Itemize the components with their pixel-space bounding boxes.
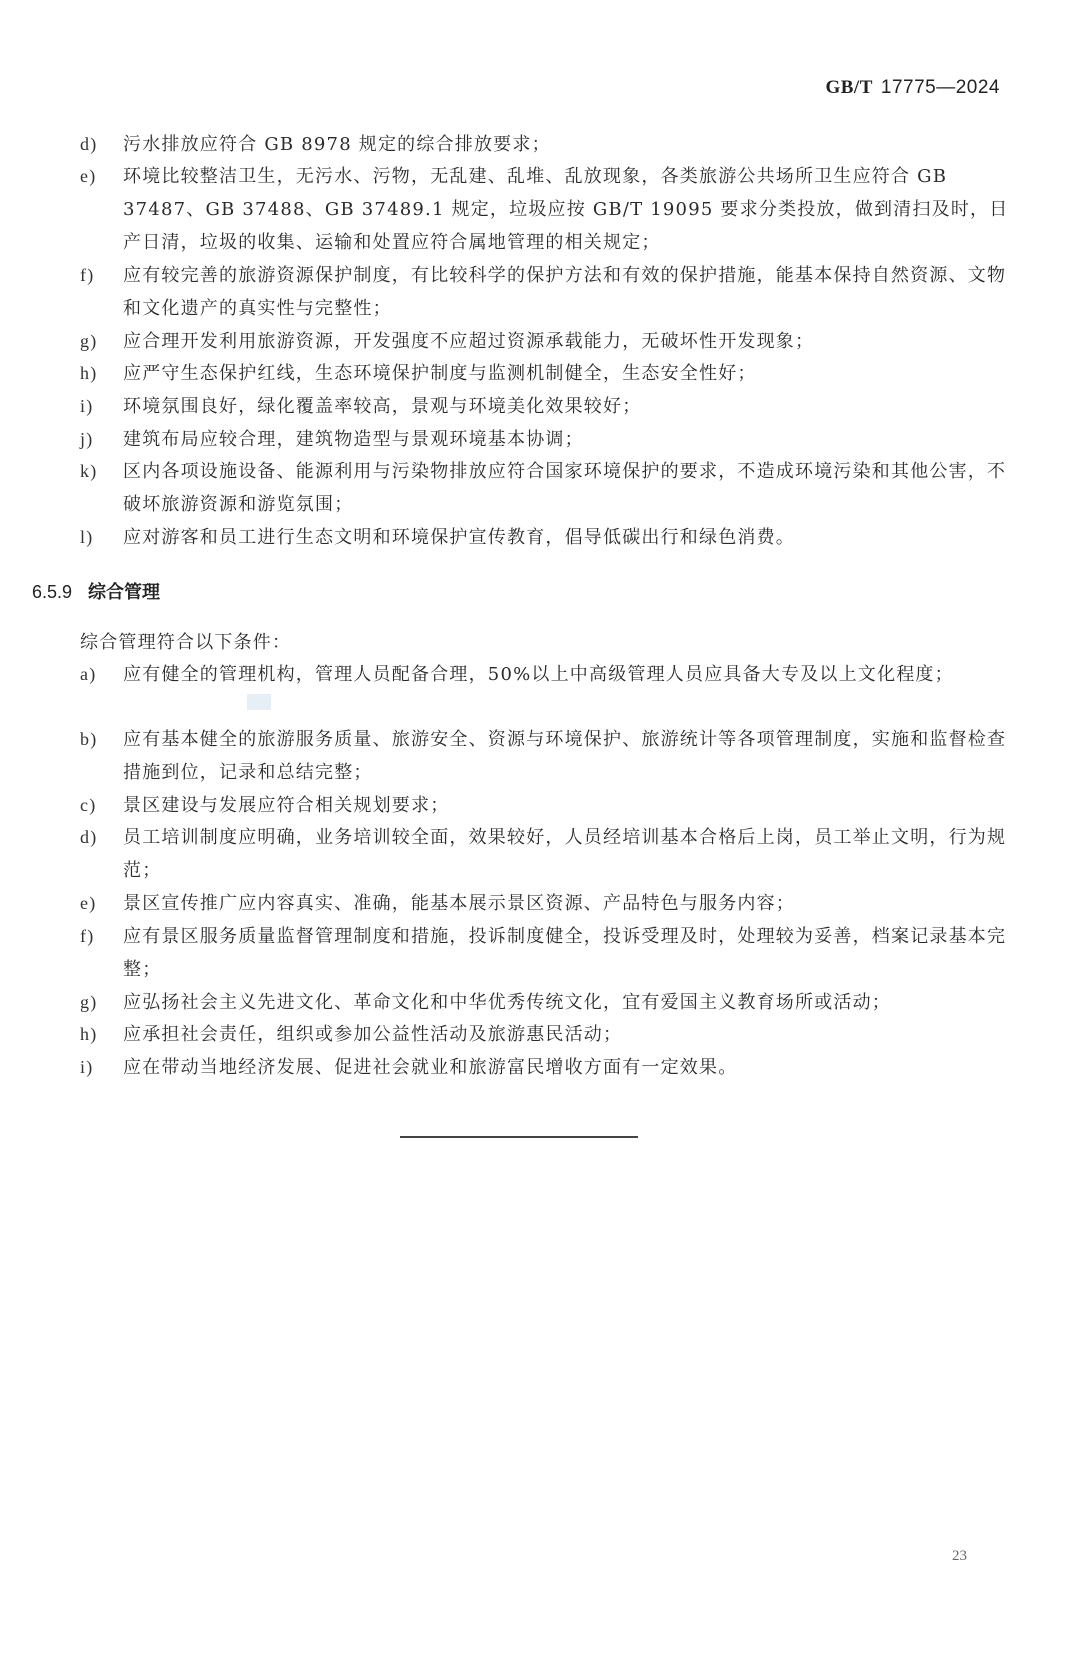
end-of-document-rule <box>400 1136 638 1138</box>
list-item-env-i: i) 环境氛围良好，绿化覆盖率较高，景观与环境美化效果较好； <box>80 390 1010 423</box>
list-text: 应严守生态保护红线，生态环境保护制度与监测机制健全，生态安全性好； <box>123 357 1010 390</box>
list-item-env-l: l) 应对游客和员工进行生态文明和环境保护宣传教育，倡导低碳出行和绿色消费。 <box>80 521 1010 554</box>
list-marker: g) <box>80 325 120 358</box>
list-marker: e) <box>80 160 120 193</box>
list-marker: g) <box>80 986 120 1019</box>
list-marker: f) <box>80 259 120 292</box>
list-marker: b) <box>80 723 120 756</box>
list-marker: l) <box>80 521 120 554</box>
list-marker: e) <box>80 887 120 920</box>
list-item-mgmt-c: c) 景区建设与发展应符合相关规划要求； <box>80 789 1010 822</box>
list-item-mgmt-f: f) 应有景区服务质量监督管理制度和措施，投诉制度健全，投诉受理及时，处理较为妥… <box>80 920 1010 986</box>
list-item-mgmt-h: h) 应承担社会责任，组织或参加公益性活动及旅游惠民活动； <box>80 1018 1010 1051</box>
list-item-mgmt-b: b) 应有基本健全的旅游服务质量、旅游安全、资源与环境保护、旅游统计等各项管理制… <box>80 723 1010 789</box>
list-item-env-e: e) 环境比较整洁卫生，无污水、污物，无乱建、乱堆、乱放现象，各类旅游公共场所卫… <box>80 160 1010 259</box>
standard-code-header: GB/T17775—2024 <box>825 76 1000 99</box>
section-heading: 6.5.9综合管理 <box>32 578 160 604</box>
standard-prefix: GB/T <box>825 77 872 98</box>
list-marker: h) <box>80 357 120 390</box>
list-text: 应有景区服务质量监督管理制度和措施，投诉制度健全，投诉受理及时，处理较为妥善，档… <box>123 920 1010 986</box>
standard-number: 17775—2024 <box>881 77 1000 98</box>
list-item-mgmt-d: d) 员工培训制度应明确，业务培训较全面，效果较好，人员经培训基本合格后上岗，员… <box>80 821 1010 887</box>
list-marker: i) <box>80 390 120 423</box>
list-text: 应有基本健全的旅游服务质量、旅游安全、资源与环境保护、旅游统计等各项管理制度，实… <box>123 723 1010 789</box>
list-item-mgmt-i: i) 应在带动当地经济发展、促进社会就业和旅游富民增收方面有一定效果。 <box>80 1051 1010 1084</box>
list-item-env-g: g) 应合理开发利用旅游资源，开发强度不应超过资源承载能力，无破坏性开发现象； <box>80 325 1010 358</box>
list-text: 污水排放应符合 GB 8978 规定的综合排放要求； <box>123 128 1010 161</box>
list-item-env-h: h) 应严守生态保护红线，生态环境保护制度与监测机制健全，生态安全性好； <box>80 357 1010 390</box>
page-number: 23 <box>952 1548 967 1565</box>
list-text: 应有较完善的旅游资源保护制度，有比较科学的保护方法和有效的保护措施，能基本保持自… <box>123 259 1010 325</box>
list-text: 环境比较整洁卫生，无污水、污物，无乱建、乱堆、乱放现象，各类旅游公共场所卫生应符… <box>123 160 1010 259</box>
list-marker: i) <box>80 1051 120 1084</box>
list-marker: d) <box>80 128 120 161</box>
list-marker: k) <box>80 455 120 488</box>
list-text: 应有健全的管理机构，管理人员配备合理，50%以上中高级管理人员应具备大专及以上文… <box>123 658 1010 691</box>
list-marker: f) <box>80 920 120 953</box>
list-text: 应承担社会责任，组织或参加公益性活动及旅游惠民活动； <box>123 1018 1010 1051</box>
list-marker: h) <box>80 1018 120 1051</box>
list-text: 景区宣传推广应内容真实、准确，能基本展示景区资源、产品特色与服务内容； <box>123 887 1010 920</box>
list-text: 应在带动当地经济发展、促进社会就业和旅游富民增收方面有一定效果。 <box>123 1051 1010 1084</box>
section-title: 综合管理 <box>88 582 160 602</box>
list-item-mgmt-g: g) 应弘扬社会主义先进文化、革命文化和中华优秀传统文化，宜有爱国主义教育场所或… <box>80 986 1010 1019</box>
list-item-mgmt-a: a) 应有健全的管理机构，管理人员配备合理，50%以上中高级管理人员应具备大专及… <box>80 658 1010 691</box>
list-text: 应对游客和员工进行生态文明和环境保护宣传教育，倡导低碳出行和绿色消费。 <box>123 521 1010 554</box>
watermark-mark <box>247 694 271 710</box>
list-item-env-d: d) 污水排放应符合 GB 8978 规定的综合排放要求； <box>80 128 1010 161</box>
list-text: 应弘扬社会主义先进文化、革命文化和中华优秀传统文化，宜有爱国主义教育场所或活动； <box>123 986 1010 1019</box>
list-text: 员工培训制度应明确，业务培训较全面，效果较好，人员经培训基本合格后上岗，员工举止… <box>123 821 1010 887</box>
list-text: 环境氛围良好，绿化覆盖率较高，景观与环境美化效果较好； <box>123 390 1010 423</box>
list-text: 景区建设与发展应符合相关规划要求； <box>123 789 1010 822</box>
list-text: 区内各项设施设备、能源利用与污染物排放应符合国家环境保护的要求，不造成环境污染和… <box>123 455 1010 521</box>
list-item-env-k: k) 区内各项设施设备、能源利用与污染物排放应符合国家环境保护的要求，不造成环境… <box>80 455 1010 521</box>
list-marker: d) <box>80 821 120 854</box>
list-marker: j) <box>80 423 120 456</box>
list-item-env-f: f) 应有较完善的旅游资源保护制度，有比较科学的保护方法和有效的保护措施，能基本… <box>80 259 1010 325</box>
list-item-env-j: j) 建筑布局应较合理，建筑物造型与景观环境基本协调； <box>80 423 1010 456</box>
list-marker: a) <box>80 658 120 691</box>
section-number: 6.5.9 <box>32 582 72 602</box>
list-item-mgmt-e: e) 景区宣传推广应内容真实、准确，能基本展示景区资源、产品特色与服务内容； <box>80 887 1010 920</box>
list-marker: c) <box>80 789 120 822</box>
list-text: 应合理开发利用旅游资源，开发强度不应超过资源承载能力，无破坏性开发现象； <box>123 325 1010 358</box>
section-intro: 综合管理符合以下条件： <box>80 626 291 659</box>
list-text: 建筑布局应较合理，建筑物造型与景观环境基本协调； <box>123 423 1010 456</box>
